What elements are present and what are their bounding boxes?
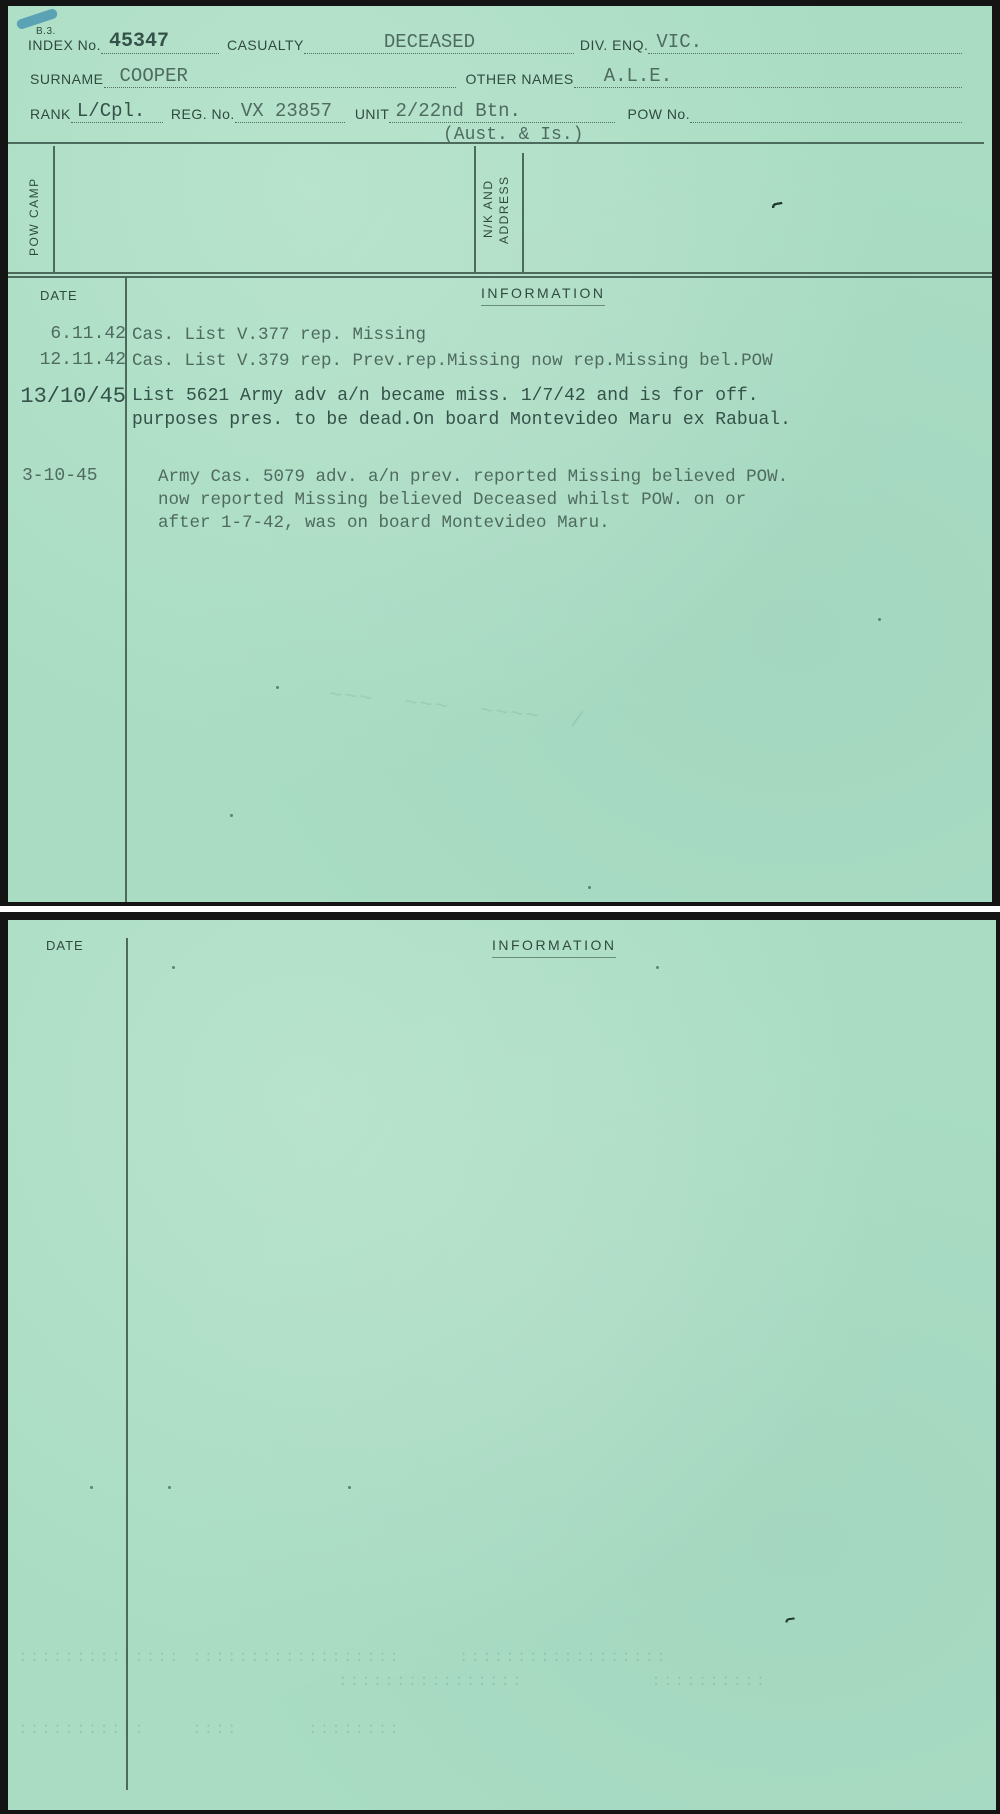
rank-field[interactable]: L/Cpl.	[71, 101, 163, 123]
pow-no-field[interactable]	[690, 101, 962, 123]
show-through-text: ::::::::::: :::: ::::::::	[18, 1720, 401, 1738]
unit-label: UNIT	[355, 106, 390, 123]
paper-speck	[168, 1486, 171, 1489]
entry-information: List 5621 Army adv a/n became miss. 1/7/…	[132, 384, 791, 432]
section-divider-bottom	[8, 276, 992, 278]
paper-speck	[172, 966, 175, 969]
header-row-rank: RANK L/Cpl. REG. No. VX 23857 UNIT 2/22n…	[30, 101, 962, 123]
paper-speck	[588, 886, 591, 889]
date-column-area[interactable]	[8, 964, 124, 1794]
index-no-label: INDEX No.	[28, 37, 101, 54]
entry-date: 6.11.42	[50, 324, 126, 344]
information-column-header: INFORMATION	[481, 285, 605, 306]
back-card-paper: DATE INFORMATION :::::::::::::: ::::::::…	[8, 920, 996, 1810]
surname-field[interactable]: COOPER	[104, 66, 456, 88]
entry-date: 13/10/45	[20, 384, 126, 409]
rank-value: L/Cpl.	[77, 100, 145, 122]
casualty-label: CASUALTY	[227, 37, 304, 54]
pow-camp-field[interactable]	[55, 146, 475, 272]
pow-camp-label: POW CAMP	[28, 177, 41, 256]
paper-speck	[90, 1486, 93, 1489]
surname-label: SURNAME	[30, 71, 104, 88]
index-no-value: 45347	[109, 31, 169, 53]
show-through-text: :::::::::::::::: ::::::::::	[338, 1672, 767, 1690]
header-row-index: INDEX No. 45347 CASUALTY DECEASED DIV. E…	[28, 32, 962, 54]
nok-left-divider	[474, 146, 476, 272]
header-divider	[8, 142, 984, 144]
nok-label-line1: N/K AND	[482, 179, 495, 238]
nok-right-divider	[522, 153, 524, 272]
other-names-label: OTHER NAMES	[466, 71, 574, 88]
front-card-paper: B.3. INDEX No. 45347 CASUALTY DECEASED D…	[8, 6, 992, 902]
paper-speck	[878, 618, 881, 621]
reg-no-label: REG. No.	[171, 106, 235, 123]
reg-no-value: VX 23857	[241, 100, 332, 122]
other-names-field[interactable]: A.L.E.	[574, 66, 962, 88]
date-column-header: DATE	[40, 288, 78, 303]
rank-label: RANK	[30, 106, 71, 123]
paper-speck	[656, 966, 659, 969]
div-enq-field[interactable]: VIC.	[648, 32, 962, 54]
entry-information: Cas. List V.377 rep. Missing	[132, 324, 426, 346]
date-column-header: DATE	[46, 938, 84, 953]
information-column-area[interactable]	[130, 964, 980, 1794]
entry-information: Cas. List V.379 rep. Prev.rep.Missing no…	[132, 350, 773, 372]
entry-date: 12.11.42	[40, 350, 126, 370]
paper-speck	[230, 814, 233, 817]
pow-no-label: POW No.	[627, 106, 690, 123]
section-divider-top	[8, 272, 992, 274]
back-card: DATE INFORMATION :::::::::::::: ::::::::…	[0, 912, 1000, 1814]
front-card: B.3. INDEX No. 45347 CASUALTY DECEASED D…	[0, 0, 1000, 906]
date-column-divider	[125, 278, 127, 902]
other-names-value: A.L.E.	[604, 65, 672, 87]
information-column-header: INFORMATION	[492, 937, 616, 958]
casualty-value: DECEASED	[384, 31, 475, 53]
faint-pencil-marks: ~~~ ~~~ ~~~~ /	[327, 683, 587, 735]
show-through-text: :::::::::::::: :::::::::::::::::: ::::::…	[18, 1648, 668, 1666]
surname-value: COOPER	[120, 65, 188, 87]
div-enq-label: DIV. ENQ.	[580, 37, 649, 54]
header-row-surname: SURNAME COOPER OTHER NAMES A.L.E.	[30, 66, 962, 88]
nok-label-line2: ADDRESS	[498, 175, 511, 244]
casualty-field[interactable]: DECEASED	[304, 32, 574, 54]
nok-address-field[interactable]	[525, 146, 980, 272]
index-no-field[interactable]: 45347	[101, 32, 219, 54]
div-enq-value: VIC.	[656, 31, 702, 53]
entry-information: Army Cas. 5079 adv. a/n prev. reported M…	[158, 466, 788, 535]
unit-value: 2/22nd Btn.	[395, 100, 520, 122]
unit-field[interactable]: 2/22nd Btn.	[389, 101, 615, 123]
paper-speck	[348, 1486, 351, 1489]
entry-date: 3-10-45	[22, 466, 98, 486]
paper-speck	[276, 686, 279, 689]
reg-no-field[interactable]: VX 23857	[235, 101, 345, 123]
